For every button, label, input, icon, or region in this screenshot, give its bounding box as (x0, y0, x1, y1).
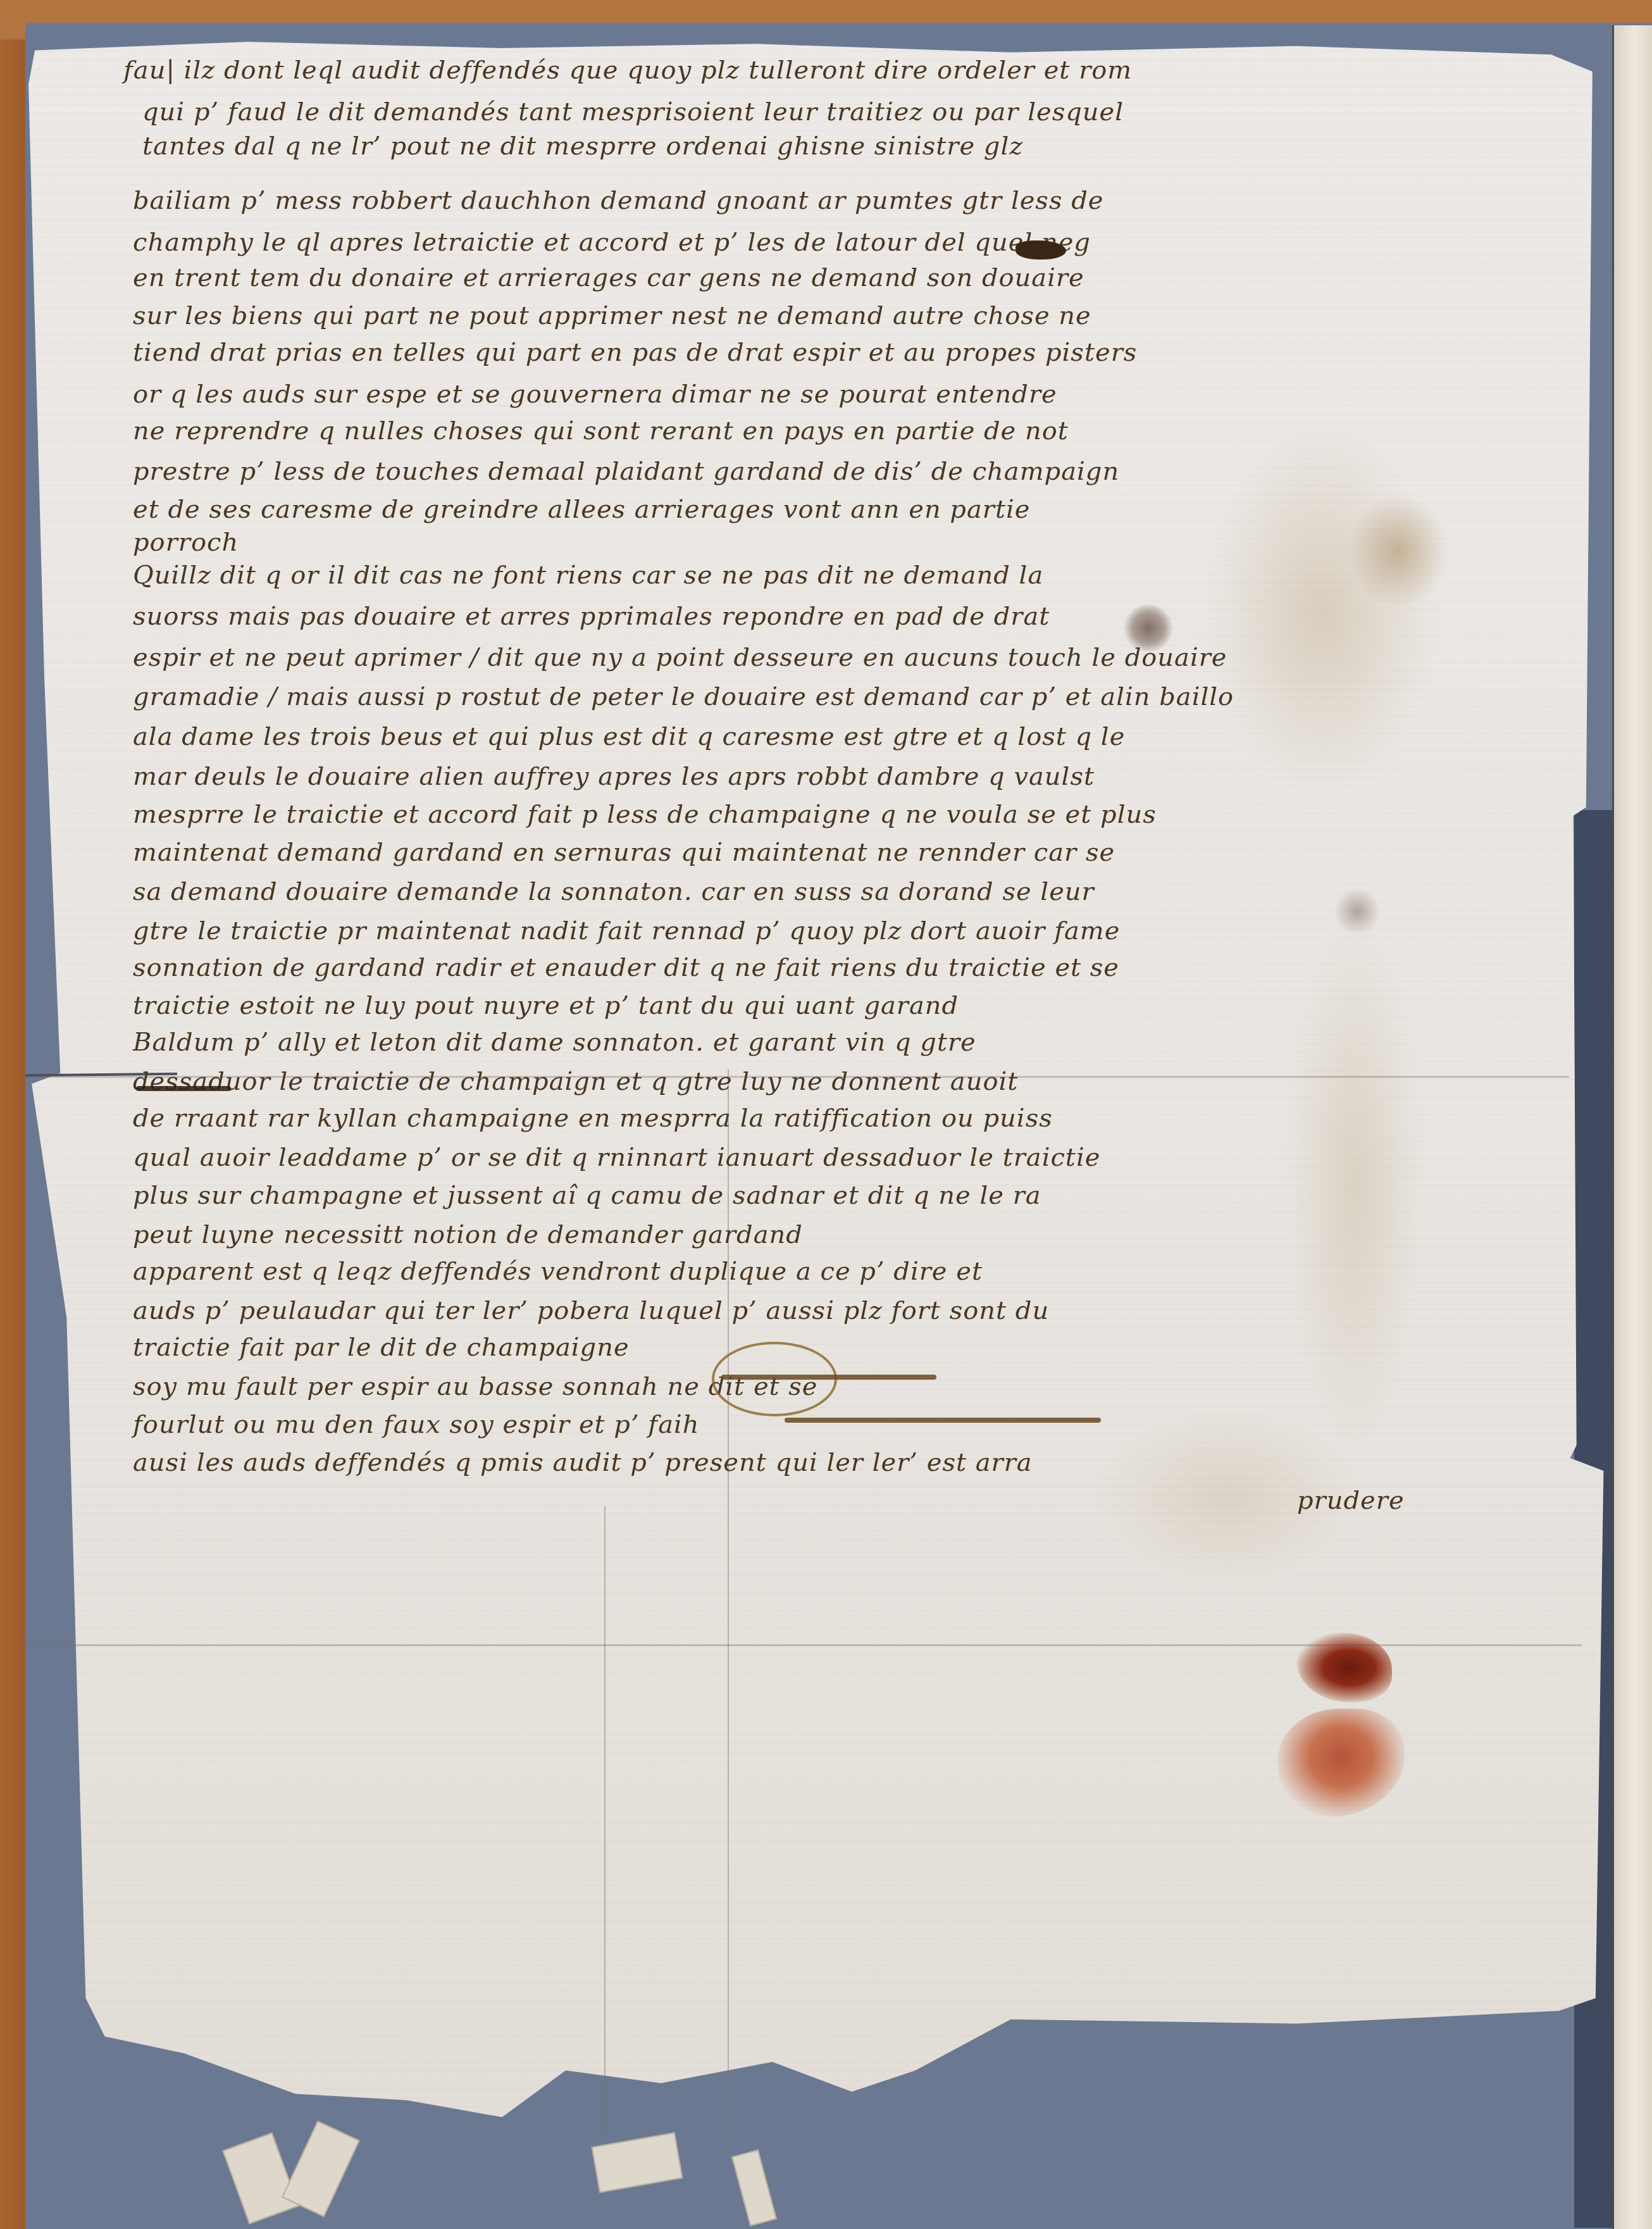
faint-spot-stain (1335, 886, 1379, 937)
ink-blot (1015, 240, 1066, 259)
manuscript-line: mesprre le traictie et accord fait p les… (133, 800, 1157, 829)
fold-line-vertical-left (604, 1506, 606, 2139)
manuscript-line: prudere (1297, 1486, 1405, 1515)
manuscript-line: qual auoir leaddame p’ or se dit q rninn… (133, 1143, 1100, 1172)
manuscript-line: en trent tem du donaire et arrierages ca… (133, 263, 1084, 292)
manuscript-line: porroch (133, 528, 239, 557)
manuscript-line: sonnation de gardand radir et enauder di… (133, 953, 1119, 982)
manuscript-line: tantes dal q ne lr’ pout ne dit mesprre … (142, 132, 1023, 161)
strikethrough-mark (136, 1086, 231, 1091)
manuscript-line: Baldum p’ ally et leton dit dame sonnato… (133, 1028, 976, 1057)
manuscript-line: traictie fait par le dit de champaigne (133, 1333, 630, 1362)
manuscript-line: or q les auds sur espe et se gouvernera … (133, 380, 1057, 409)
manuscript-line: auds p’ peulaudar qui ter ler’ pobera lu… (133, 1296, 1049, 1325)
manuscript-line: et de ses caresme de greindre allees arr… (133, 495, 1030, 524)
manuscript-line: apparent est q leqz deffendés vendront d… (133, 1257, 983, 1286)
manuscript-line: mar deuls le douaire alien auffrey apres… (133, 762, 1095, 791)
manuscript-line: espir et ne peut aprimer / dit que ny a … (133, 643, 1227, 672)
manuscript-line: bailiam p’ mess robbert dauchhon demand … (133, 186, 1103, 215)
manuscript-line: suorss mais pas douaire et arres pprimal… (133, 602, 1050, 631)
manuscript-line: ala dame les trois beus et qui plus est … (133, 722, 1125, 751)
manuscript-line: traictie estoit ne luy pout nuyre et p’ … (133, 991, 959, 1020)
manuscript-line: de rraant rar kyllan champaigne en mespr… (133, 1104, 1053, 1133)
manuscript-line: tiend drat prias en telles qui part en p… (133, 338, 1137, 367)
manuscript-line: plus sur champagne et jussent aî q camu … (133, 1181, 1041, 1210)
manuscript-line: fourlut ou mu den faux soy espir et p’ f… (133, 1410, 700, 1439)
manuscript-line: ausi les auds deffendés q pmis audit p’ … (133, 1448, 1033, 1477)
adjacent-page-edge (1612, 25, 1652, 2229)
manuscript-line: qui p’ faud le dit demandés tant mespris… (142, 97, 1124, 127)
manuscript-line: dessaduor le traictie de champaign et q … (133, 1067, 1018, 1096)
manuscript-line: prestre p’ less de touches demaal plaida… (133, 457, 1119, 486)
manuscript-line: sur les biens qui part ne pout apprimer … (133, 301, 1091, 330)
manuscript-line: champhy le ql apres letraictie et accord… (133, 228, 1091, 257)
manuscript-line: ne reprendre q nulles choses qui sont re… (133, 416, 1069, 446)
manuscript-line: maintenat demand gardand en sernuras qui… (133, 838, 1115, 867)
manuscript-line: gtre le traictie pr maintenat nadit fait… (133, 916, 1120, 946)
manuscript-line: gramadie / mais aussi p rostut de peter … (133, 682, 1234, 711)
manuscript-line: fau| ilz dont leql audit deffendés que q… (123, 56, 1132, 85)
strikethrough-mark (721, 1375, 936, 1380)
water-stain (1348, 494, 1449, 608)
manuscript-line: peut luyne necessitt notion de demander … (133, 1220, 803, 1249)
manuscript-line: Quillz dit q or il dit cas ne font riens… (133, 561, 1043, 590)
manuscript-line: sa demand douaire demande la sonnaton. c… (133, 877, 1095, 906)
strikethrough-mark (785, 1418, 1101, 1423)
